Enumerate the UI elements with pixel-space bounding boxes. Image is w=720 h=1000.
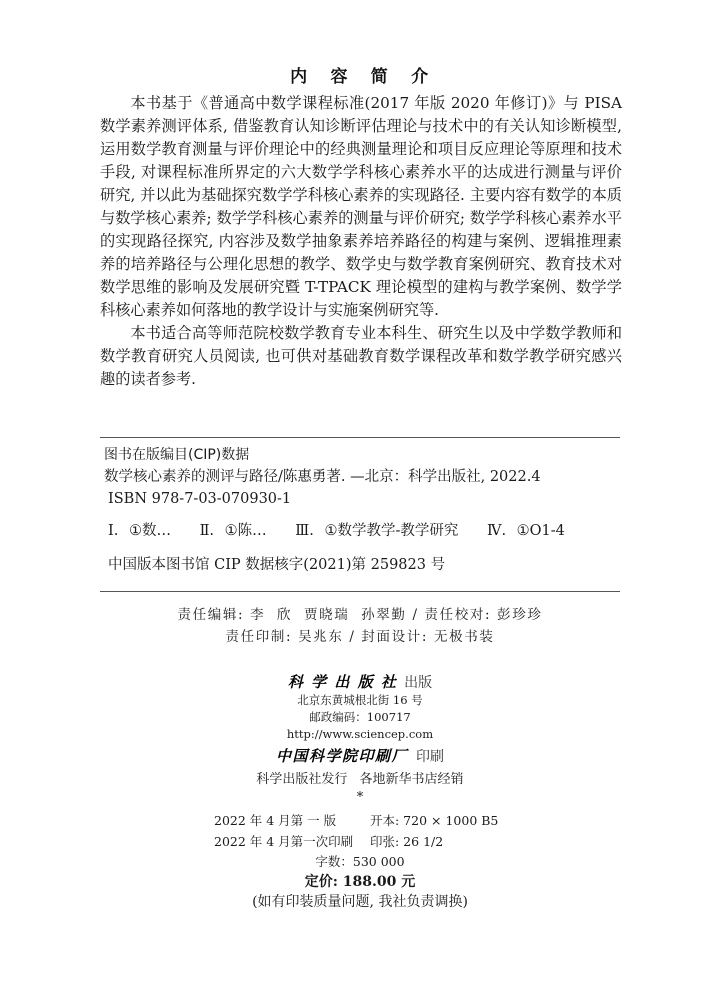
- cip-citation: 数学核心素养的测评与路径/陈惠勇著. —北京：科学出版社, 2022.4: [104, 466, 620, 488]
- spec-row-edition: 2022 年 4 月第 一 版开本: 720 × 1000 B5: [214, 810, 514, 831]
- printer-logo: 中国科学院印刷厂: [276, 747, 408, 765]
- classification-item: Ⅱ. ①陈…: [200, 523, 267, 539]
- cip-data-block: 图书在版编目(CIP)数据 数学核心素养的测评与路径/陈惠勇著. —北京：科学出…: [104, 444, 620, 576]
- book-format: 开本: 720 × 1000 B5: [370, 813, 498, 828]
- printer-line: 中国科学院印刷厂印刷: [0, 745, 720, 767]
- intro-paragraph: 本书适合高等师范院校数学教育专业本科生、研究生以及中学数学教师和数学教育研究人员…: [100, 322, 622, 391]
- book-introduction: 本书基于《普通高中数学课程标准(2017 年版 2020 年修订)》与 PISA…: [100, 92, 622, 391]
- edition-specs: 2022 年 4 月第 一 版开本: 720 × 1000 B5 2022 年 …: [214, 810, 514, 852]
- price: 定价: 188.00 元: [0, 872, 720, 892]
- publisher-address: 北京东黄城根北街 16 号: [0, 692, 720, 709]
- intro-paragraph: 本书基于《普通高中数学课程标准(2017 年版 2020 年修订)》与 PISA…: [100, 92, 622, 322]
- printing-date: 2022 年 4 月第一次印刷: [214, 831, 370, 852]
- cip-isbn: ISBN 978-7-03-070930-1: [104, 488, 620, 510]
- distribution-line: 科学出版社发行 各地新华书店经销: [0, 769, 720, 791]
- word-count: 字数：530 000: [0, 852, 720, 872]
- credits-production: 责任印制: 吴兆东 / 封面设计: 无极书装: [0, 626, 720, 648]
- publisher-postcode: 邮政编码：100717: [0, 709, 720, 726]
- cip-heading: 图书在版编目(CIP)数据: [104, 444, 620, 466]
- publisher-website: http://www.sciencep.com: [0, 726, 720, 743]
- editorial-credits: 责任编辑: 李 欣 贾晓瑞 孙翠勤 / 责任校对: 彭珍珍 责任印制: 吴兆东 …: [0, 604, 720, 648]
- classification-item: Ⅲ. ①数学教学-教学研究: [295, 523, 458, 539]
- cip-number: 中国版本图书馆 CIP 数据核字(2021)第 259823 号: [104, 554, 620, 576]
- spec-row-printing: 2022 年 4 月第一次印刷印张: 26 1/2: [214, 831, 514, 852]
- copyright-page: 内 容 简 介 本书基于《普通高中数学课程标准(2017 年版 2020 年修订…: [0, 0, 720, 1000]
- page-title: 内 容 简 介: [0, 62, 720, 87]
- printer-suffix: 印刷: [416, 749, 444, 765]
- separator-asterisk: *: [0, 791, 720, 805]
- credits-editors: 责任编辑: 李 欣 贾晓瑞 孙翠勤 / 责任校对: 彭珍珍: [0, 604, 720, 626]
- printed-sheets: 印张: 26 1/2: [370, 834, 443, 849]
- classification-item: Ⅰ. ①数…: [108, 523, 171, 539]
- cip-classification: Ⅰ. ①数… Ⅱ. ①陈… Ⅲ. ①数学教学-教学研究 Ⅳ. ①O1-4: [104, 520, 620, 542]
- classification-item: Ⅳ. ①O1-4: [487, 523, 565, 539]
- cip-bottom-rule: [100, 591, 620, 592]
- publisher-imprint: 科学出版社出版 北京东黄城根北街 16 号 邮政编码：100717 http:/…: [0, 672, 720, 805]
- cip-top-rule: [100, 437, 620, 438]
- publisher-logo: 科学出版社: [288, 673, 404, 691]
- publisher-suffix: 出版: [404, 675, 432, 691]
- edition-date: 2022 年 4 月第 一 版: [214, 810, 370, 831]
- quality-notice: (如有印装质量问题, 我社负责调换): [0, 892, 720, 912]
- publisher-line: 科学出版社出版: [0, 672, 720, 692]
